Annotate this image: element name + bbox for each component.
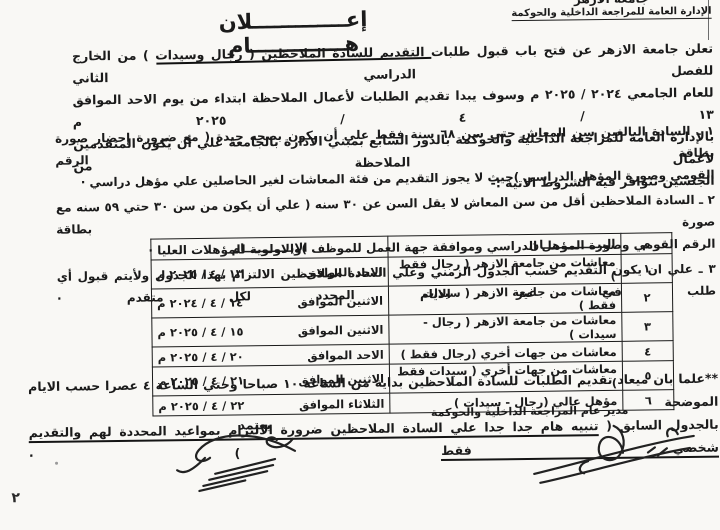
document-sheet: جامعة الأزهر الإدارة العامة للمراجعة الد… — [0, 0, 720, 530]
signature-left — [143, 421, 309, 498]
cell-day: الاثنين الموافق١٥ / ٤ / ٢٠٢٥ م — [152, 315, 389, 347]
org-header: جامعة الأزهر الإدارة العامة للمراجعة الد… — [511, 0, 712, 21]
department-name: الإدارة العامة للمراجعة الداخلية والحوكم… — [511, 6, 711, 21]
day-date: ٢٠ / ٤ / ٢٠٢٥ م — [158, 349, 244, 364]
cell-statement: معاشات من جامعة الازهر ( رجال فقط ) — [388, 254, 621, 286]
header-no: م — [621, 233, 672, 255]
intro-line: تعلن جامعة الازهر عن فتح باب قبول طلبات … — [72, 38, 713, 90]
header-days: الايـــــــــــام — [151, 236, 388, 260]
day-date: ١٥ / ٤ / ٢٠٢٥ م — [157, 324, 243, 339]
scanned-announcement-document: جامعة الأزهر الإدارة العامة للمراجعة الد… — [0, 0, 720, 530]
page-number: ٢ — [11, 490, 20, 506]
cell-statement: معاشات من جامعة الازهر ( رجال - سيدات ) — [389, 312, 622, 344]
day-name: الاثنين الموافق — [297, 294, 383, 309]
day-name: الاثنين الموافق — [298, 323, 384, 338]
cell-day: الاحد الموافق١٣ / ٤ / ٢٠٢٥ م — [151, 257, 388, 289]
cell-day: الاثنين الموافق١٤ / ٤ / ٢٠٢٤ م — [151, 286, 388, 318]
cell-statement: معاشات من جامعة الازهر ( سيدات فقط ) — [388, 283, 621, 315]
day-name: الاحد الموافق — [307, 347, 384, 362]
day-date: ١٤ / ٤ / ٢٠٢٤ م — [157, 295, 243, 310]
cell-statement: معاشات من جهات أخري (رجال فقط ) — [389, 341, 622, 364]
header-statement: البيـــــــــــــان — [388, 233, 621, 257]
cell-no: ١ — [621, 254, 672, 284]
day-name: الاحد الموافق — [306, 265, 383, 280]
director-title: مدير عام المراجعة الداخلية والحوكمة — [431, 404, 629, 419]
scan-speck — [55, 462, 58, 465]
cell-no: ٤ — [622, 341, 673, 362]
signature-right — [528, 420, 701, 488]
cell-no: ٢ — [621, 283, 672, 313]
cell-no: ٣ — [622, 312, 673, 342]
day-date: ١٣ / ٤ / ٢٠٢٥ م — [157, 266, 243, 281]
